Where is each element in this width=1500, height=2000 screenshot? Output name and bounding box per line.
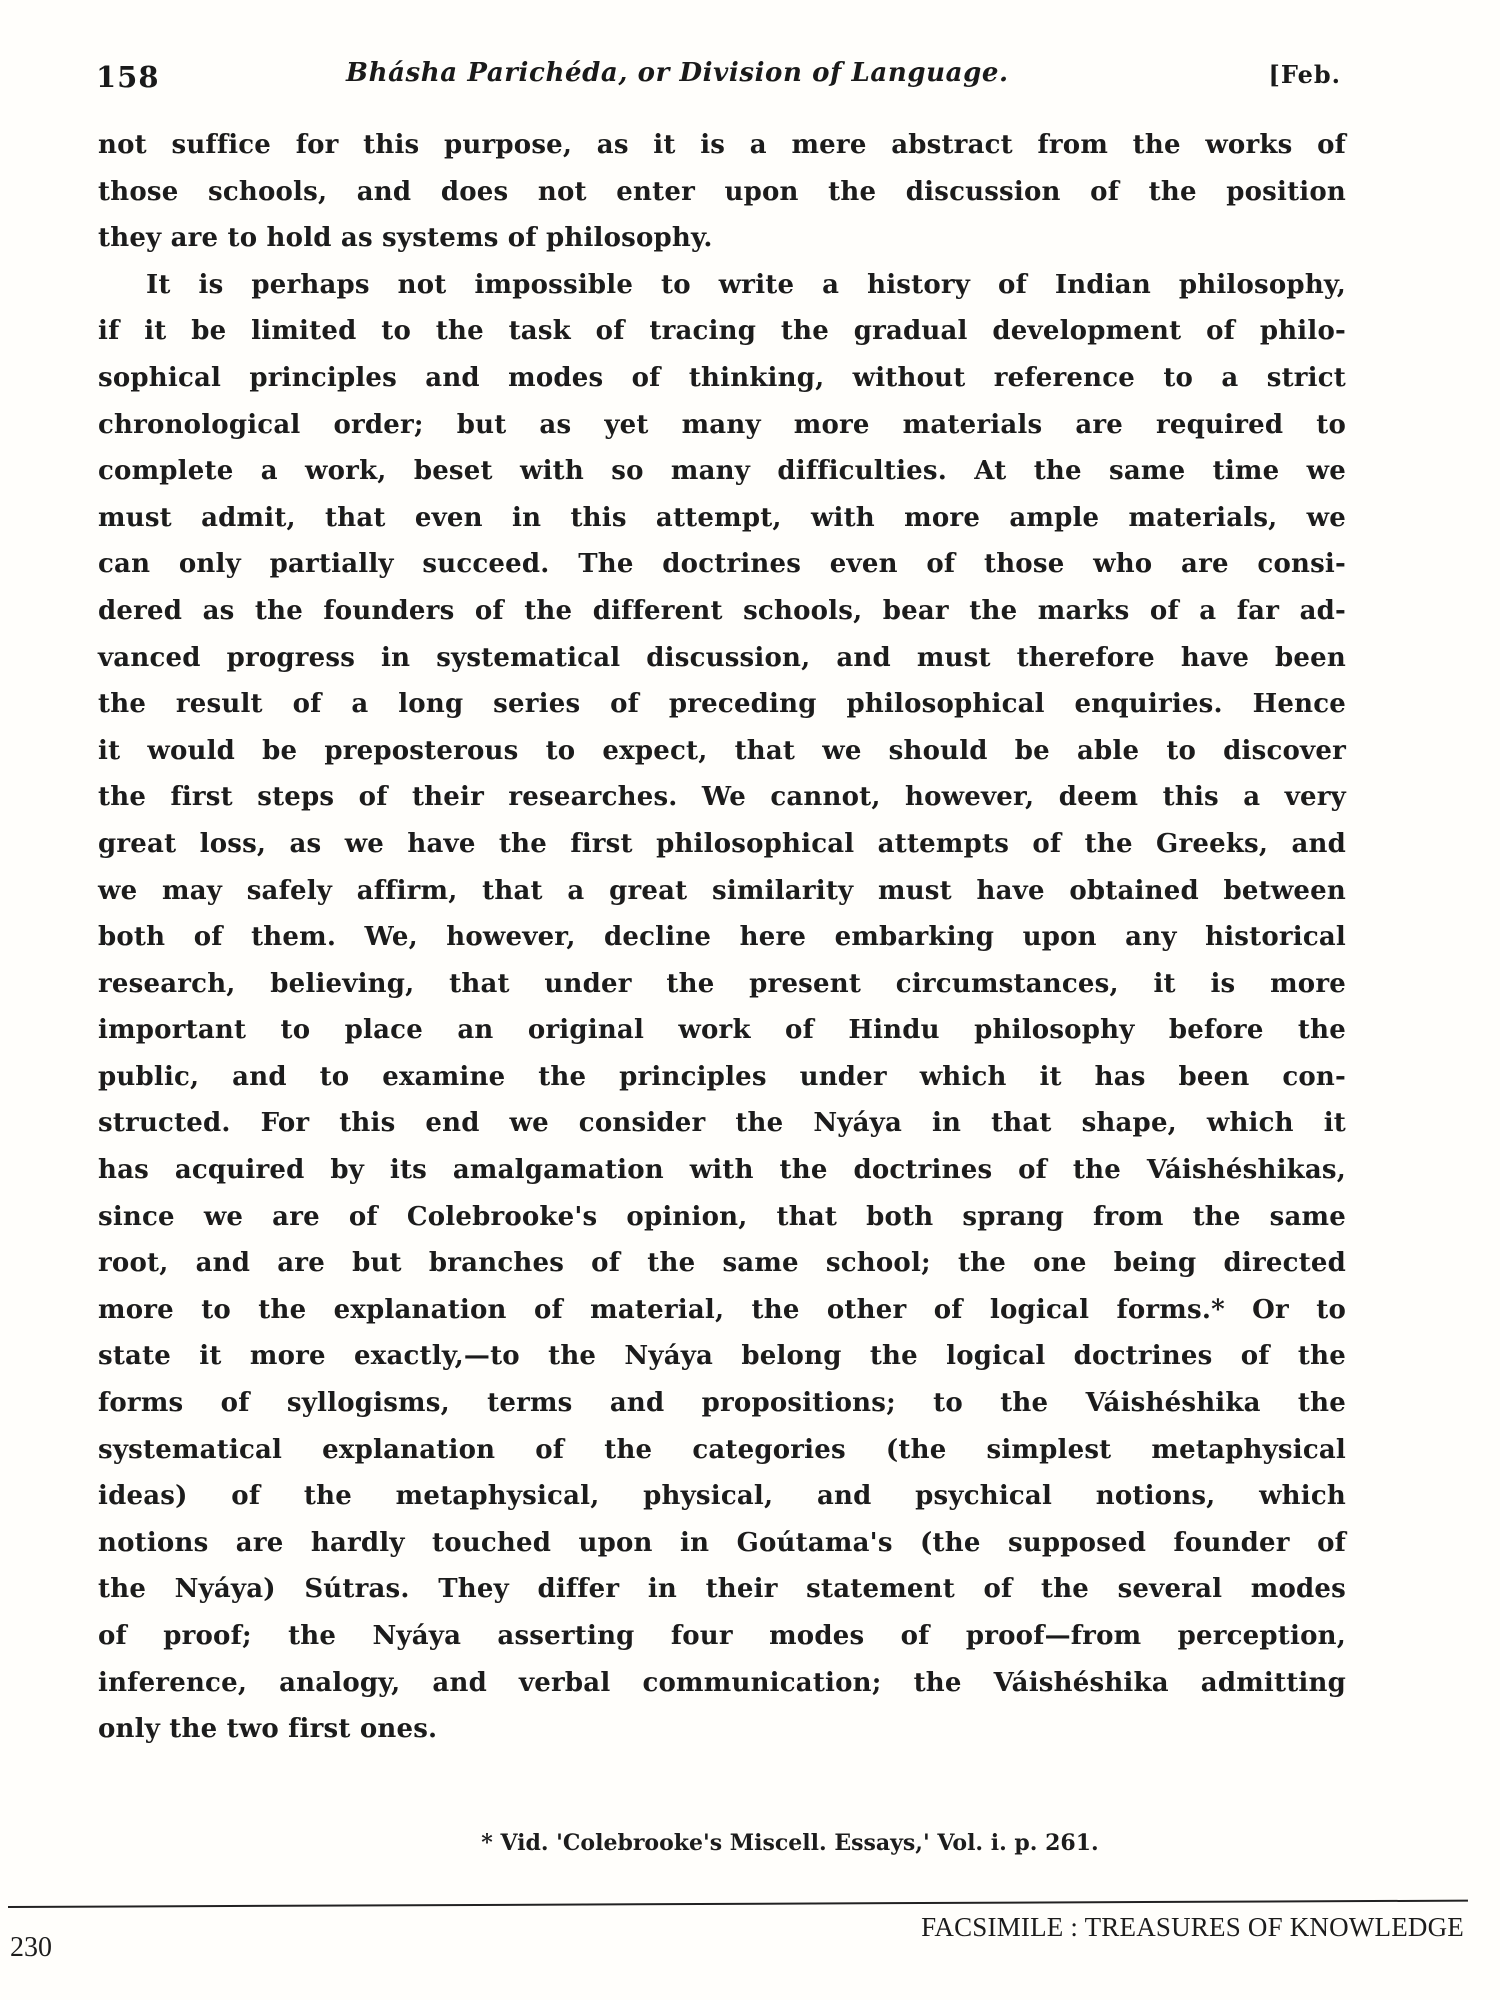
- scanned-page: 158 Bhásha Parichéda, or Division of Lan…: [0, 0, 1500, 2000]
- footer-divider: [8, 1900, 1468, 1908]
- text-line: root, and are but branches of the same s…: [98, 1240, 1346, 1287]
- text-line: notions are hardly touched upon in Goúta…: [98, 1520, 1346, 1567]
- text-line: both of them. We, however, decline here …: [98, 914, 1346, 961]
- facsimile-footer-label: FACSIMILE : TREASURES OF KNOWLEDGE: [921, 1912, 1464, 1943]
- text-line: state it more exactly,—to the Nyáya belo…: [98, 1333, 1346, 1380]
- text-line: research, believing, that under the pres…: [98, 961, 1346, 1008]
- text-line: structed. For this end we consider the N…: [98, 1100, 1346, 1147]
- facsimile-page-number: 230: [10, 1932, 52, 1964]
- text-line: chronological order; but as yet many mor…: [98, 402, 1346, 449]
- text-line: if it be limited to the task of tracing …: [98, 308, 1346, 355]
- running-head: 158 Bhásha Parichéda, or Division of Lan…: [96, 58, 1341, 98]
- text-line: we may safely affirm, that a great simil…: [98, 868, 1346, 915]
- running-head-month: [Feb.: [1269, 60, 1342, 89]
- text-line: not suffice for this purpose, as it is a…: [98, 122, 1346, 169]
- text-line: the Nyáya) Sútras. They differ in their …: [98, 1566, 1346, 1613]
- text-line: public, and to examine the principles un…: [98, 1054, 1346, 1101]
- text-line: forms of syllogisms, terms and propositi…: [98, 1380, 1346, 1427]
- text-line: dered as the founders of the different s…: [98, 588, 1346, 635]
- text-line: of proof; the Nyáya asserting four modes…: [98, 1613, 1346, 1660]
- text-line: can only partially succeed. The doctrine…: [98, 541, 1346, 588]
- text-line: has acquired by its amalgamation with th…: [98, 1147, 1346, 1194]
- body-text: not suffice for this purpose, as it is a…: [98, 122, 1346, 1753]
- original-page-number: 158: [96, 60, 160, 94]
- text-line: It is perhaps not impossible to write a …: [98, 262, 1346, 309]
- text-line: since we are of Colebrooke's opinion, th…: [98, 1194, 1346, 1241]
- text-line: only the two first ones.: [98, 1706, 1346, 1753]
- text-line: must admit, that even in this attempt, w…: [98, 495, 1346, 542]
- text-line: the first steps of their researches. We …: [98, 774, 1346, 821]
- running-head-title: Bhásha Parichéda, or Division of Languag…: [346, 58, 1009, 88]
- text-line: great loss, as we have the first philoso…: [98, 821, 1346, 868]
- text-line: sophical principles and modes of thinkin…: [98, 355, 1346, 402]
- text-line: those schools, and does not enter upon t…: [98, 169, 1346, 216]
- text-line: ideas) of the metaphysical, physical, an…: [98, 1473, 1346, 1520]
- text-line: more to the explanation of material, the…: [98, 1287, 1346, 1334]
- text-line: it would be preposterous to expect, that…: [98, 728, 1346, 775]
- text-line: inference, analogy, and verbal communica…: [98, 1660, 1346, 1707]
- text-line: vanced progress in systematical discussi…: [98, 635, 1346, 682]
- text-line: systematical explanation of the categori…: [98, 1427, 1346, 1474]
- footnote: * Vid. 'Colebrooke's Miscell. Essays,' V…: [0, 1830, 1500, 1856]
- text-line: important to place an original work of H…: [98, 1007, 1346, 1054]
- text-line: the result of a long series of preceding…: [98, 681, 1346, 728]
- text-line: complete a work, beset with so many diff…: [98, 448, 1346, 495]
- text-line: they are to hold as systems of philosoph…: [98, 215, 1346, 262]
